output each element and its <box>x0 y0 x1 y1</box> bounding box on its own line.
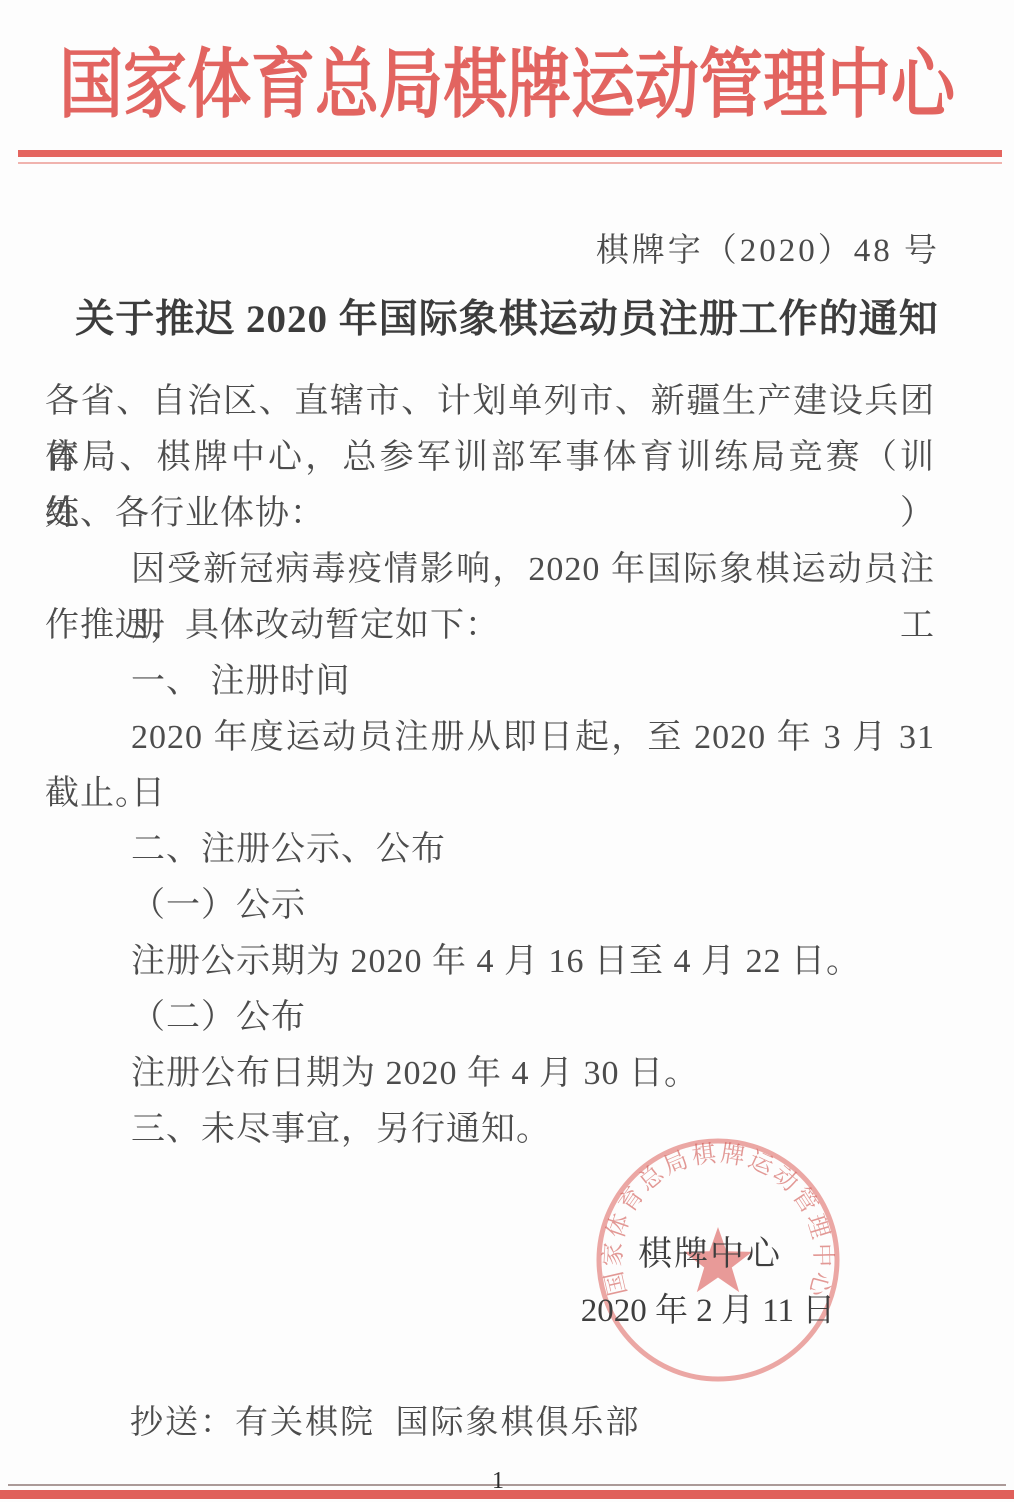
letterhead-org-name: 国家体育总局棋牌运动管理中心 <box>0 29 1014 147</box>
body-line: 2020 年度运动员注册从即日起，至 2020 年 3 月 31 日 <box>45 710 935 766</box>
body-line: 截止。 <box>45 766 935 822</box>
body-line: 因受新冠病毒疫情影响，2020 年国际象棋运动员注册工 <box>45 542 935 598</box>
page-number: 1 <box>486 1468 510 1495</box>
letterhead-rule-thick <box>18 150 1002 157</box>
signature-org: 棋牌中心 <box>630 1226 790 1275</box>
svg-text:国家体育总局棋牌运动管理中心: 国家体育总局棋牌运动管理中心 <box>599 1140 836 1302</box>
body-line: 二、注册公示、公布 <box>45 822 935 878</box>
signature-date: 2020 年 2 月 11 日 <box>578 1284 838 1331</box>
cc-line: 抄送：有关棋院 国际象棋俱乐部 <box>130 1396 641 1443</box>
body-line: （二）公布 <box>45 990 935 1046</box>
document-number: 棋牌字（2020）48 号 <box>596 224 940 271</box>
body-line: 注册公布日期为 2020 年 4 月 30 日。 <box>45 1046 935 1102</box>
document-page: 国家体育总局棋牌运动管理中心 棋牌字（2020）48 号 关于推迟 2020 年… <box>0 0 1014 1502</box>
seal-ring-text: 国家体育总局棋牌运动管理中心 <box>599 1140 836 1302</box>
document-body: 各省、自治区、直辖市、计划单列市、新疆生产建设兵团体 育局、棋牌中心，总参军训部… <box>45 374 935 1158</box>
body-line: （一）公示 <box>45 878 935 934</box>
letterhead-rule-thin <box>18 162 1002 164</box>
body-line: 注册公示期为 2020 年 4 月 16 日至 4 月 22 日。 <box>45 934 935 990</box>
document-title: 关于推迟 2020 年国际象棋运动员注册工作的通知 <box>0 288 1014 344</box>
body-line: 一、 注册时间 <box>45 654 935 710</box>
body-line: 育局、棋牌中心，总参军训部军事体育训练局竞赛（训练） <box>45 430 935 486</box>
body-line: 各省、自治区、直辖市、计划单列市、新疆生产建设兵团体 <box>45 374 935 430</box>
